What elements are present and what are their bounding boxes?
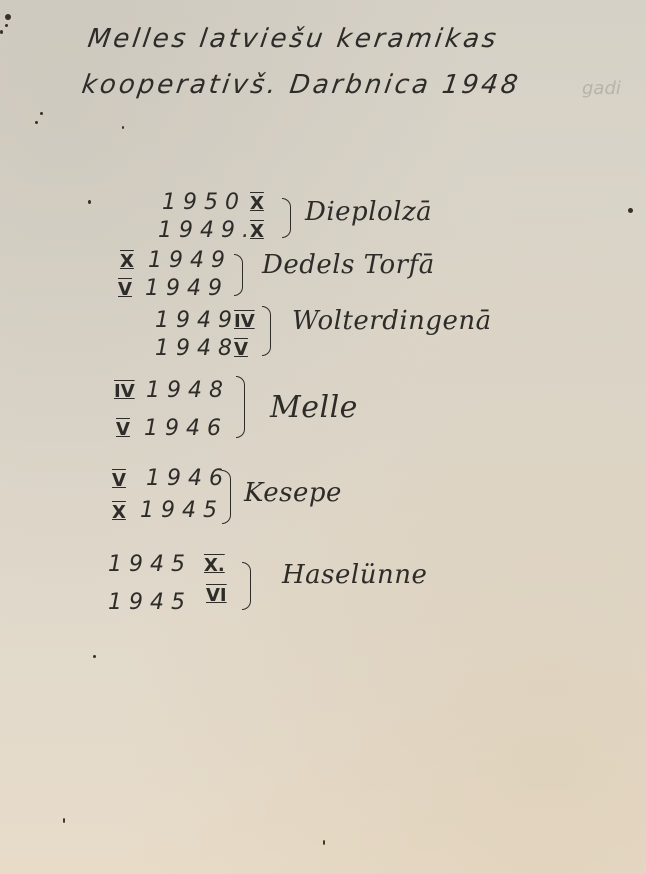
ink-speck	[40, 112, 43, 115]
ink-speck	[0, 30, 3, 34]
brace	[236, 376, 245, 438]
entry-year: 1950	[162, 190, 246, 215]
ink-speck	[35, 121, 38, 124]
entry-month: IV	[234, 311, 255, 332]
entry-place: Melle	[270, 390, 358, 425]
brace	[282, 198, 291, 238]
title-line-1: Melles latviešu keramikas	[86, 24, 501, 54]
entry-year: 1945	[108, 590, 192, 615]
entry-year: 1946	[146, 466, 230, 491]
ink-speck	[5, 14, 11, 20]
ink-speck	[628, 208, 633, 213]
entry-year: 1949	[148, 248, 232, 273]
brace	[234, 254, 243, 296]
entry-year: 1949	[145, 276, 229, 301]
ink-speck	[5, 24, 8, 27]
entry-year: 1949	[155, 308, 239, 333]
ink-speck	[122, 126, 124, 129]
ink-speck	[88, 200, 91, 204]
entry-place: Kesepe	[244, 478, 342, 508]
entry-year: 1945	[140, 498, 224, 523]
entry-month: V	[118, 279, 132, 300]
entry-place: Haselünne	[282, 560, 427, 590]
entry-place: Dedels Torfā	[262, 250, 435, 280]
brace	[262, 306, 271, 356]
entry-year: 1948	[146, 378, 230, 403]
ink-speck	[323, 840, 325, 845]
paper-background	[0, 0, 646, 874]
brace	[222, 470, 231, 524]
ink-speck	[63, 818, 65, 823]
entry-year: 1945	[108, 552, 192, 577]
entry-month: X.	[204, 555, 225, 576]
entry-month: V	[112, 470, 126, 491]
entry-year: 1948	[155, 336, 239, 361]
ink-speck	[93, 655, 96, 658]
faint-pencil-note: gadi	[582, 78, 621, 99]
entry-month: X	[112, 502, 126, 523]
entry-month: X	[120, 251, 134, 272]
entry-month: IV	[114, 381, 135, 402]
entry-month: X	[250, 193, 264, 214]
title-line-2: kooperativš. Darbnica 1948	[80, 70, 523, 100]
entry-month: VI	[206, 585, 227, 606]
brace	[242, 562, 251, 610]
entry-year: 1949.	[158, 218, 256, 243]
entry-place: Wolterdingenā	[292, 306, 492, 336]
entry-month: V	[234, 339, 248, 360]
entry-year: 1946	[144, 416, 228, 441]
entry-place: Dieplolzā	[305, 197, 432, 227]
entry-month: X	[250, 221, 264, 242]
entry-month: V	[116, 419, 130, 440]
